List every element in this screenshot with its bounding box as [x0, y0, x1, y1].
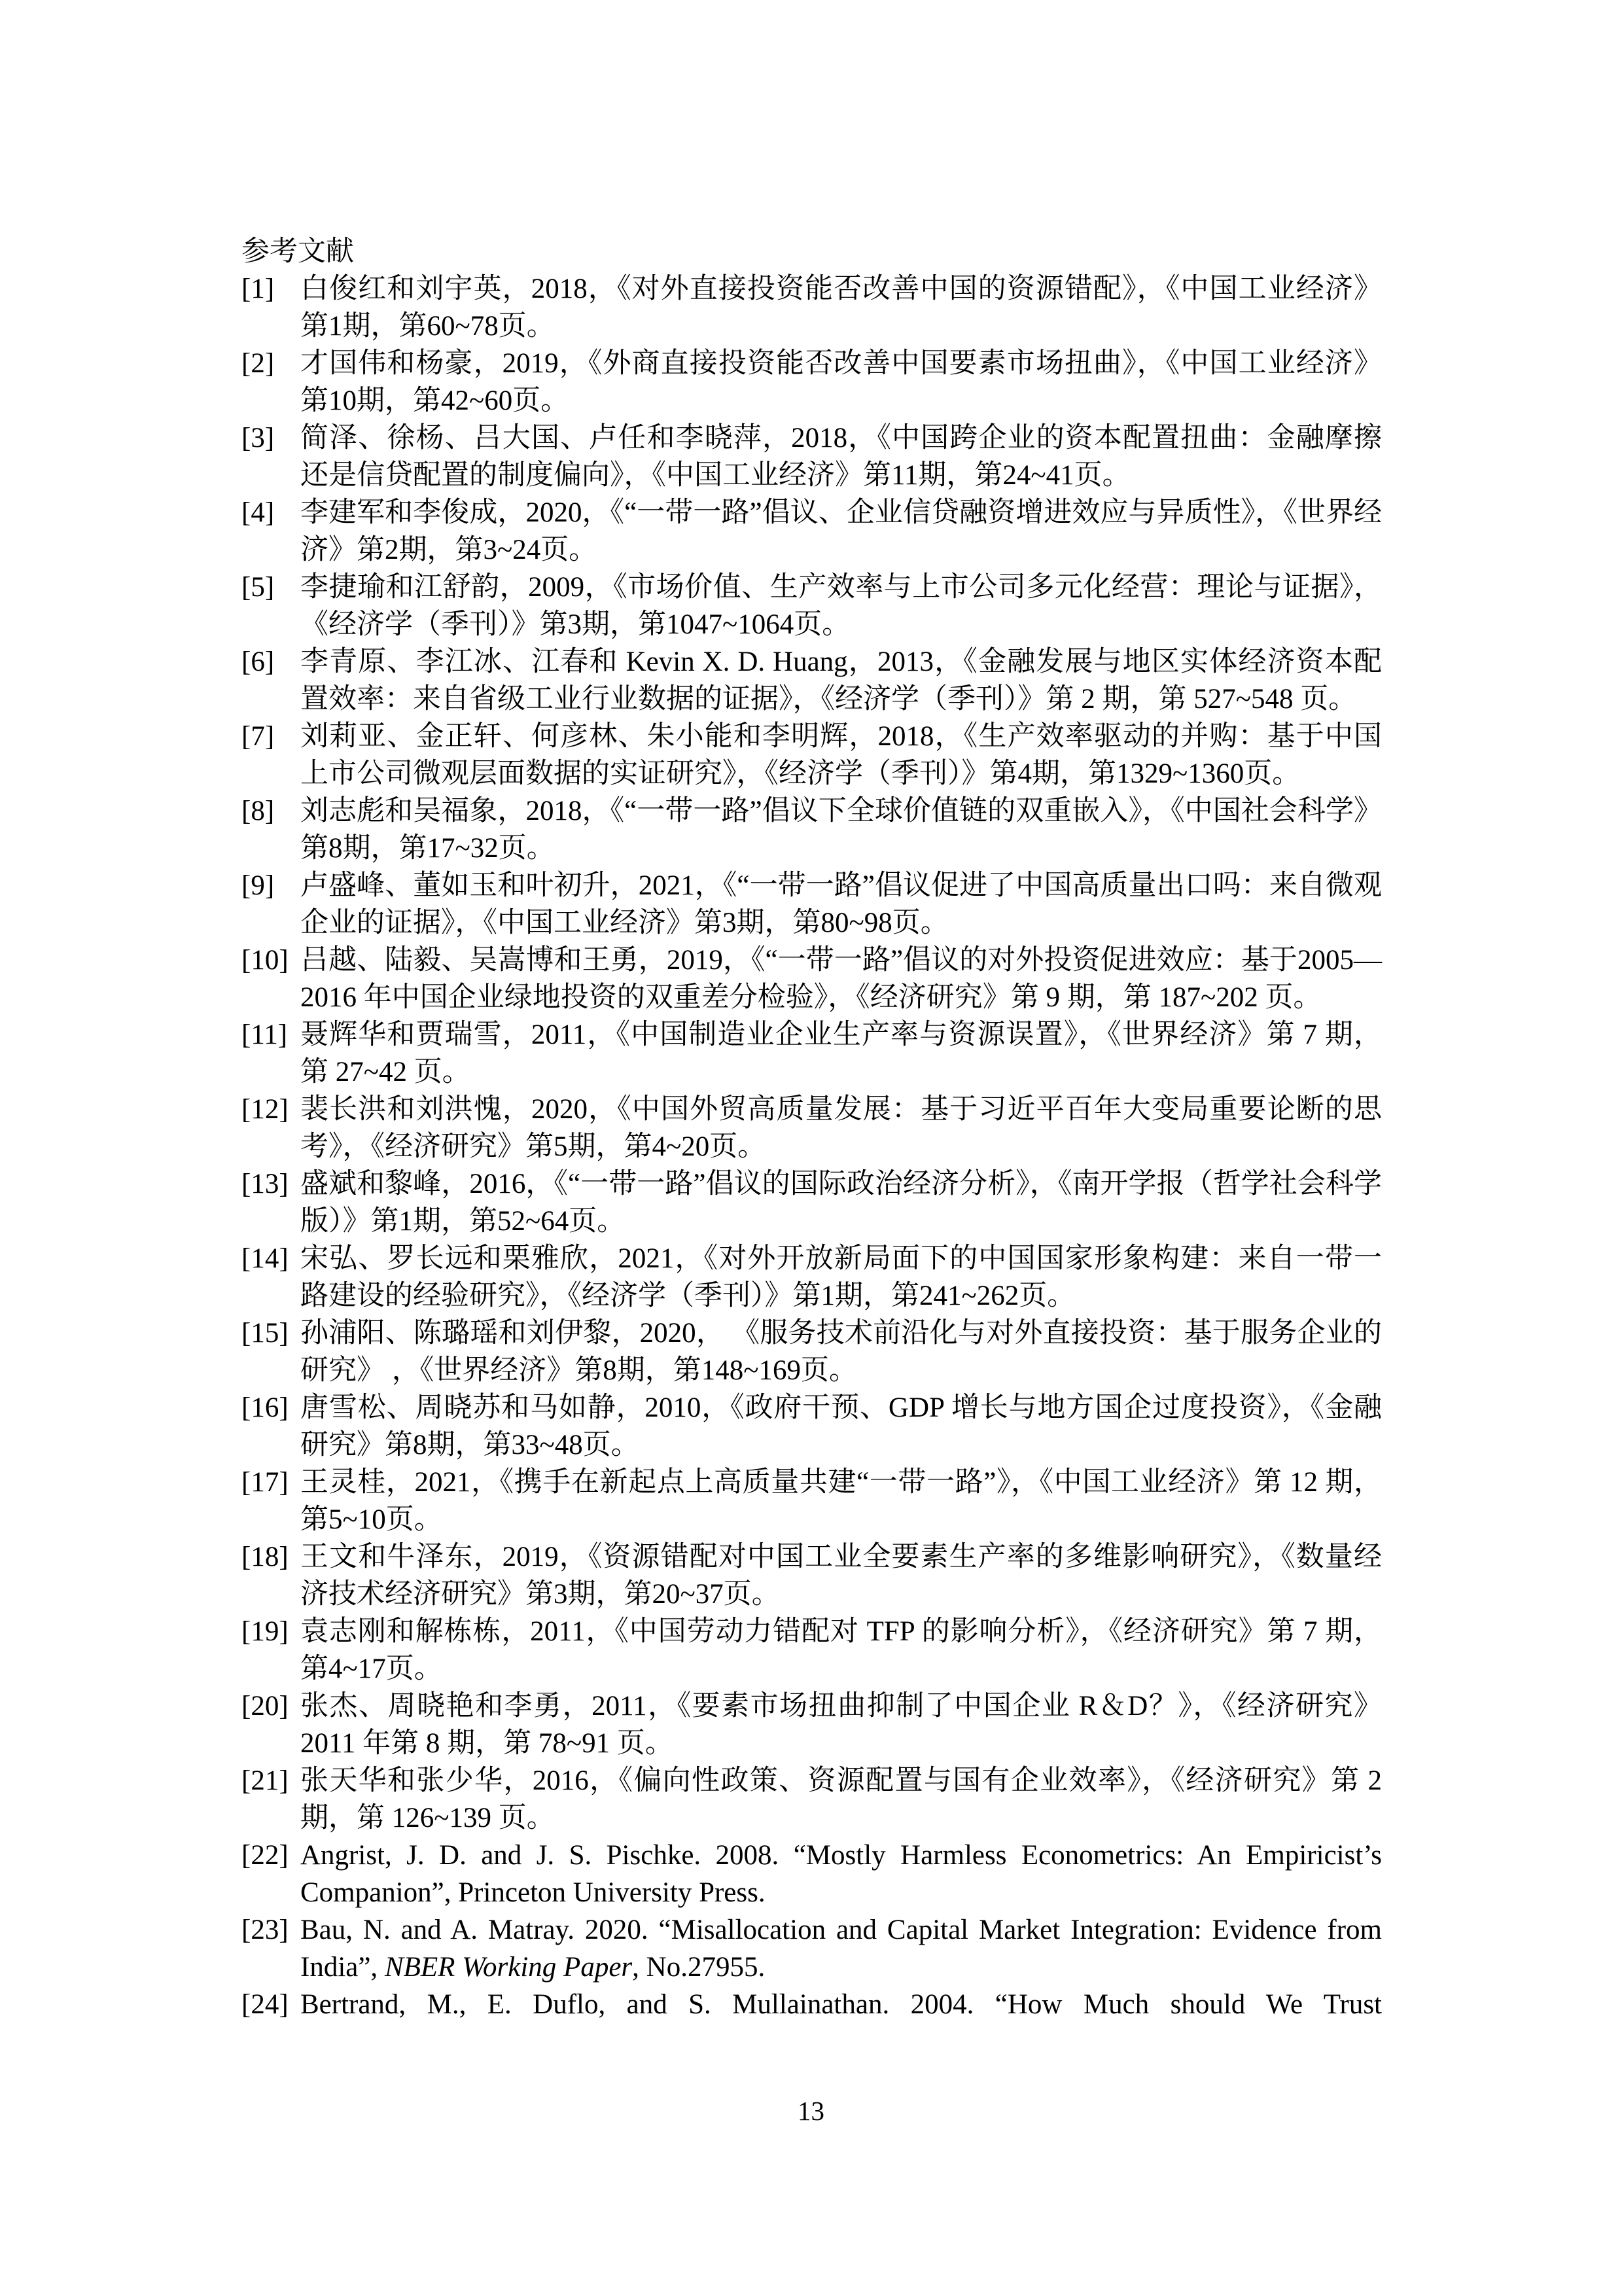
reference-item: [8]刘志彪和吴福象，2018，《“一带一路”倡议下全球价值链的双重嵌入》，《中…: [241, 792, 1382, 867]
reference-text: 王灵桂，2021，《携手在新起点上高质量共建“一带一路”》，《中国工业经济》第 …: [300, 1467, 1382, 1535]
reference-item: [12]裴长洪和刘洪愧，2020，《中国外贸高质量发展：基于习近平百年大变局重要…: [241, 1091, 1382, 1165]
reference-text: , No.27955.: [632, 1952, 765, 1983]
reference-text: Bertrand, M., E. Duflo, and S. Mullainat…: [300, 1989, 1382, 2020]
reference-text: 简泽、徐杨、吕大国、卢任和李晓萍，2018，《中国跨企业的资本配置扭曲：金融摩擦…: [300, 423, 1382, 491]
reference-text: 李捷瑜和江舒韵，2009，《市场价值、生产效率与上市公司多元化经营：理论与证据》…: [300, 572, 1382, 640]
reference-text: 袁志刚和解栋栋，2011，《中国劳动力错配对 TFP 的影响分析》，《经济研究》…: [300, 1616, 1382, 1684]
reference-item: [9]卢盛峰、董如玉和叶初升，2021，《“一带一路”倡议促进了中国高质量出口吗…: [241, 867, 1382, 942]
reference-text: 张天华和张少华，2016，《偏向性政策、资源配置与国有企业效率》，《经济研究》第…: [300, 1765, 1382, 1833]
reference-item: [3]简泽、徐杨、吕大国、卢任和李晓萍，2018，《中国跨企业的资本配置扭曲：金…: [241, 419, 1382, 494]
reference-label: [11]: [241, 1016, 287, 1053]
reference-text: 刘莉亚、金正轩、何彦林、朱小能和李明辉，2018，《生产效率驱动的并购：基于中国…: [300, 721, 1382, 789]
reference-item: [23]Bau, N. and A. Matray. 2020. “Misall…: [241, 1911, 1382, 1986]
reference-text: Angrist, J. D. and J. S. Pischke. 2008. …: [300, 1840, 1382, 1908]
reference-text: 李建军和李俊成，2020，《“一带一路”倡议、企业信贷融资增进效应与异质性》，《…: [300, 497, 1382, 565]
reference-label: [5]: [241, 569, 274, 606]
reference-item: [16]唐雪松、周晓苏和马如静，2010，《政府干预、GDP 增长与地方国企过度…: [241, 1389, 1382, 1464]
reference-item: [18]王文和牛泽东，2019，《资源错配对中国工业全要素生产率的多维影响研究》…: [241, 1538, 1382, 1613]
reference-item: [20]张杰、周晓艳和李勇，2011，《要素市场扭曲抑制了中国企业 R＆D？》，…: [241, 1687, 1382, 1762]
reference-item: [24]Bertrand, M., E. Duflo, and S. Mulla…: [241, 1986, 1382, 2023]
reference-item: [6]李青原、李江冰、江春和 Kevin X. D. Huang，2013，《金…: [241, 643, 1382, 718]
reference-text: 孙浦阳、陈璐瑶和刘伊黎，2020， 《服务技术前沿化与对外直接投资：基于服务企业…: [300, 1318, 1382, 1386]
reference-label: [1]: [241, 270, 274, 308]
page-number: 13: [0, 2093, 1622, 2130]
reference-item: [5]李捷瑜和江舒韵，2009，《市场价值、生产效率与上市公司多元化经营：理论与…: [241, 569, 1382, 643]
reference-item: [15]孙浦阳、陈璐瑶和刘伊黎，2020， 《服务技术前沿化与对外直接投资：基于…: [241, 1315, 1382, 1389]
reference-item: [4]李建军和李俊成，2020，《“一带一路”倡议、企业信贷融资增进效应与异质性…: [241, 494, 1382, 569]
reference-text: 张杰、周晓艳和李勇，2011，《要素市场扭曲抑制了中国企业 R＆D？》，《经济研…: [300, 1691, 1382, 1759]
reference-item: [21]张天华和张少华，2016，《偏向性政策、资源配置与国有企业效率》，《经济…: [241, 1762, 1382, 1837]
reference-label: [6]: [241, 643, 274, 680]
reference-item: [1]白俊红和刘宇英，2018，《对外直接投资能否改善中国的资源错配》，《中国工…: [241, 270, 1382, 345]
reference-item: [13]盛斌和黎峰，2016，《“一带一路”倡议的国际政治经济分析》，《南开学报…: [241, 1165, 1382, 1240]
reference-label: [4]: [241, 494, 274, 531]
reference-item: [7]刘莉亚、金正轩、何彦林、朱小能和李明辉，2018，《生产效率驱动的并购：基…: [241, 718, 1382, 792]
reference-label: [21]: [241, 1762, 289, 1799]
reference-text: NBER Working Paper: [385, 1952, 632, 1983]
reference-text: 宋弘、罗长远和栗雅欣，2021，《对外开放新局面下的中国国家形象构建：来自一带一…: [300, 1243, 1382, 1311]
reference-label: [16]: [241, 1389, 289, 1426]
reference-label: [12]: [241, 1091, 289, 1128]
reference-text: 吕越、陆毅、吴嵩博和王勇，2019，《“一带一路”倡议的对外投资促进效应：基于2…: [300, 945, 1382, 1013]
reference-label: [24]: [241, 1986, 289, 2023]
reference-label: [8]: [241, 792, 274, 830]
reference-text: 卢盛峰、董如玉和叶初升，2021，《“一带一路”倡议促进了中国高质量出口吗：来自…: [300, 870, 1382, 938]
reference-text: 白俊红和刘宇英，2018，《对外直接投资能否改善中国的资源错配》，《中国工业经济…: [300, 274, 1382, 342]
reference-label: [13]: [241, 1165, 289, 1203]
reference-label: [10]: [241, 942, 289, 979]
reference-label: [17]: [241, 1464, 289, 1501]
reference-label: [18]: [241, 1538, 289, 1576]
reference-label: [22]: [241, 1837, 289, 1874]
reference-text: 才国伟和杨豪，2019，《外商直接投资能否改善中国要素市场扭曲》，《中国工业经济…: [300, 348, 1382, 416]
reference-text: 盛斌和黎峰，2016，《“一带一路”倡议的国际政治经济分析》，《南开学报（哲学社…: [300, 1169, 1382, 1237]
reference-list: [1]白俊红和刘宇英，2018，《对外直接投资能否改善中国的资源错配》，《中国工…: [241, 270, 1382, 2023]
reference-item: [10]吕越、陆毅、吴嵩博和王勇，2019，《“一带一路”倡议的对外投资促进效应…: [241, 942, 1382, 1016]
reference-label: [19]: [241, 1613, 289, 1650]
reference-item: [14]宋弘、罗长远和栗雅欣，2021，《对外开放新局面下的中国国家形象构建：来…: [241, 1240, 1382, 1315]
reference-item: [2]才国伟和杨豪，2019，《外商直接投资能否改善中国要素市场扭曲》，《中国工…: [241, 345, 1382, 419]
document-page: 参考文献 [1]白俊红和刘宇英，2018，《对外直接投资能否改善中国的资源错配》…: [0, 0, 1622, 2296]
reference-item: [19]袁志刚和解栋栋，2011，《中国劳动力错配对 TFP 的影响分析》，《经…: [241, 1613, 1382, 1687]
reference-label: [7]: [241, 718, 274, 755]
reference-item: [11]聂辉华和贾瑞雪，2011，《中国制造业企业生产率与资源误置》，《世界经济…: [241, 1016, 1382, 1091]
reference-label: [14]: [241, 1240, 289, 1277]
reference-text: 李青原、李江冰、江春和 Kevin X. D. Huang，2013，《金融发展…: [300, 646, 1382, 715]
reference-text: 聂辉华和贾瑞雪，2011，《中国制造业企业生产率与资源误置》，《世界经济》第 7…: [300, 1019, 1382, 1087]
references-heading: 参考文献: [241, 233, 1382, 270]
reference-text: 刘志彪和吴福象，2018，《“一带一路”倡议下全球价值链的双重嵌入》，《中国社会…: [300, 796, 1382, 864]
reference-text: 王文和牛泽东，2019，《资源错配对中国工业全要素生产率的多维影响研究》，《数量…: [300, 1542, 1382, 1610]
reference-text: 裴长洪和刘洪愧，2020，《中国外贸高质量发展：基于习近平百年大变局重要论断的思…: [300, 1094, 1382, 1162]
reference-item: [22]Angrist, J. D. and J. S. Pischke. 20…: [241, 1837, 1382, 1911]
references-section: 参考文献 [1]白俊红和刘宇英，2018，《对外直接投资能否改善中国的资源错配》…: [241, 233, 1382, 2023]
reference-label: [2]: [241, 345, 274, 382]
reference-label: [23]: [241, 1911, 289, 1949]
reference-item: [17]王灵桂，2021，《携手在新起点上高质量共建“一带一路”》，《中国工业经…: [241, 1464, 1382, 1538]
reference-label: [15]: [241, 1315, 289, 1352]
reference-label: [20]: [241, 1687, 289, 1725]
reference-text: 唐雪松、周晓苏和马如静，2010，《政府干预、GDP 增长与地方国企过度投资》，…: [300, 1392, 1382, 1460]
reference-label: [3]: [241, 419, 274, 457]
reference-label: [9]: [241, 867, 274, 904]
